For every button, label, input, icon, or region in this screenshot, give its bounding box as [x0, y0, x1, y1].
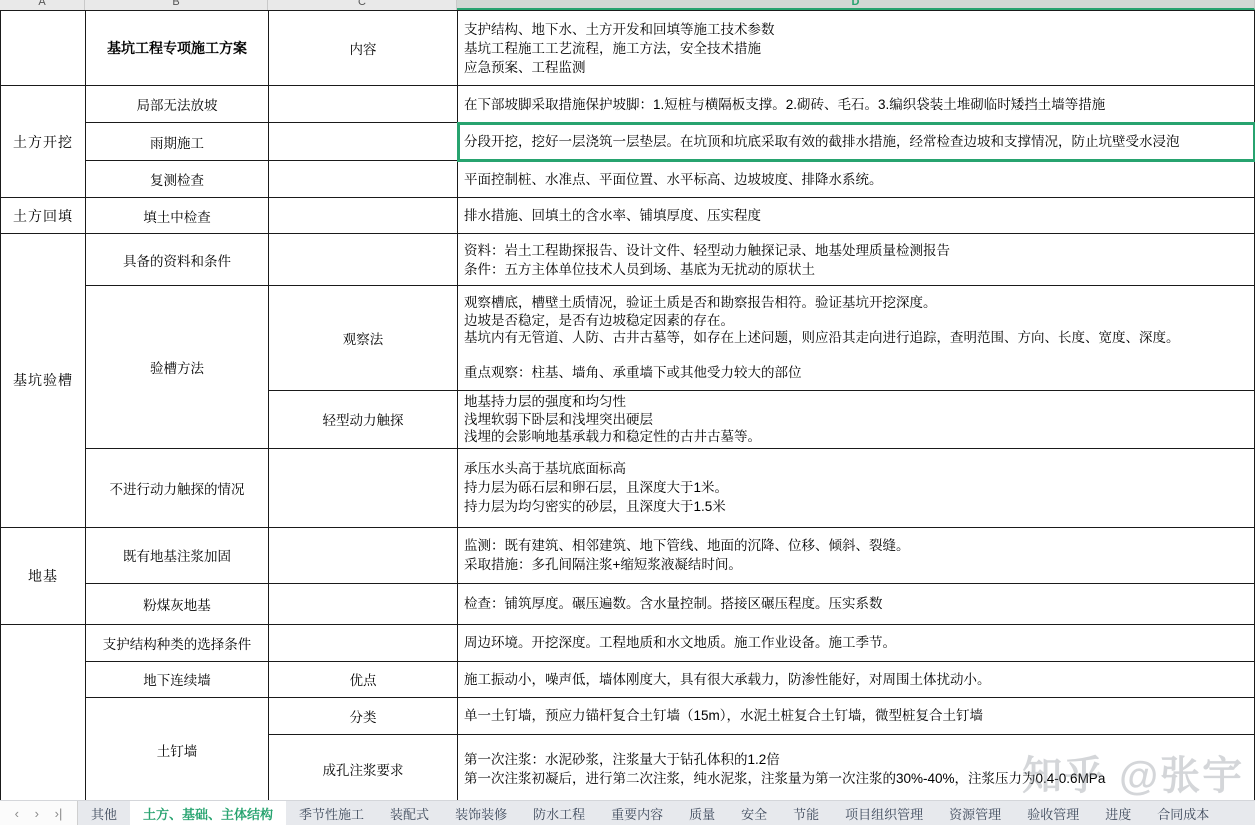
cell-C12-empty[interactable]	[269, 624, 458, 661]
cell-D5-fill-inspection-items[interactable]: 排水措施、回填土的含水率、铺填厚度、压实程度	[458, 198, 1255, 234]
column-header-strip: A B C D	[0, 0, 1255, 10]
cell-C2-empty[interactable]	[269, 86, 458, 123]
cell-C5-empty[interactable]	[269, 198, 458, 234]
category-cell-earth-backfill[interactable]: 土方回填	[1, 198, 86, 234]
cell-C14-classification[interactable]: 分类	[269, 697, 458, 734]
cell-D1-plan-content[interactable]: 支护结构、地下水、土方开发和回填等施工技术参数 基坑工程施工工艺流程，施工方法，…	[458, 11, 1255, 86]
cell-C13-advantages[interactable]: 优点	[269, 661, 458, 697]
cell-C11-empty[interactable]	[269, 583, 458, 624]
sheet-tab-4[interactable]: 装配式	[377, 801, 442, 825]
sheet-tab-7[interactable]: 重要内容	[598, 801, 676, 825]
cell-B10-grouting-reinforcement[interactable]: 既有地基注浆加固	[86, 527, 269, 583]
cell-B5-fill-inspection[interactable]: 填土中检查	[86, 198, 269, 234]
column-header-d-selected[interactable]: D	[457, 0, 1255, 10]
category-cell-pit-inspection[interactable]: 基坑验槽	[1, 234, 86, 528]
cell-C4-empty[interactable]	[269, 161, 458, 198]
tab-scroll-next-icon[interactable]: ›	[34, 807, 40, 820]
sheet-tab-nav: ‹››|	[0, 801, 78, 825]
cell-C15-grouting-requirements[interactable]: 成孔注浆要求	[269, 734, 458, 800]
sheet-tab-bar: ‹››| 其他土方、基础、主体结构季节性施工装配式装饰装修防水工程重要内容质量安…	[0, 800, 1255, 825]
cell-B9-no-penetration-cases[interactable]: 不进行动力触探的情况	[86, 448, 269, 527]
cell-C10-empty[interactable]	[269, 527, 458, 583]
category-cell-earth-excavation[interactable]: 土方开挖	[1, 86, 86, 198]
cell-D15-grouting-requirements-details[interactable]: 第一次注浆：水泥砂浆，注浆量大于钻孔体积的1.2倍 第一次注浆初凝后，进行第二次…	[458, 734, 1255, 800]
sheet-tab-11[interactable]: 项目组织管理	[832, 801, 936, 825]
category-cell-foundation[interactable]: 地基	[1, 527, 86, 624]
sheet-tab-14[interactable]: 进度	[1092, 801, 1144, 825]
cell-D2-slope-protection[interactable]: 在下部坡脚采取措施保护坡脚：1.短桩与横隔板支撑。2.砌砖、毛石。3.编织袋装土…	[458, 86, 1255, 123]
cell-C1-content-label[interactable]: 内容	[269, 11, 458, 86]
cell-B13-diaphragm-wall[interactable]: 地下连续墙	[86, 661, 269, 697]
tab-scroll-first-icon[interactable]: ‹	[14, 807, 20, 820]
cell-B3-rainy-season[interactable]: 雨期施工	[86, 123, 269, 161]
spreadsheet-window: A B C D 基坑工程专项施工方案 内容 支护结构、地下水、土方开发和回填等施…	[0, 0, 1255, 825]
sheet-tab-9[interactable]: 安全	[728, 801, 780, 825]
tab-scroll-last-icon[interactable]: ›|	[54, 807, 64, 820]
cell-B11-fly-ash-foundation[interactable]: 粉煤灰地基	[86, 583, 269, 624]
cell-C6-empty[interactable]	[269, 234, 458, 286]
cell-C7-observation-method[interactable]: 观察法	[269, 286, 458, 391]
cell-B14-soil-nail-wall[interactable]: 土钉墙	[86, 697, 269, 800]
cell-A1-empty[interactable]	[1, 11, 86, 86]
sheet-grid: 基坑工程专项施工方案 内容 支护结构、地下水、土方开发和回填等施工技术参数 基坑…	[0, 10, 1255, 800]
cell-B1-plan-title[interactable]: 基坑工程专项施工方案	[86, 11, 269, 86]
cell-C9-empty[interactable]	[269, 448, 458, 527]
sheet-tab-15[interactable]: 合同成本	[1144, 801, 1222, 825]
cell-D10-grouting-details[interactable]: 监测：既有建筑、相邻建筑、地下管线、地面的沉降、位移、倾斜、裂缝。 采取措施：多…	[458, 527, 1255, 583]
cell-B4-recheck[interactable]: 复测检查	[86, 161, 269, 198]
cell-B6-required-documents[interactable]: 具备的资料和条件	[86, 234, 269, 286]
cell-B7-inspection-methods[interactable]: 验槽方法	[86, 286, 269, 449]
cell-D14-classification-details[interactable]: 单一土钉墙，预应力锚杆复合土钉墙（15m），水泥土桩复合土钉墙，微型桩复合土钉墙	[458, 697, 1255, 734]
category-cell-empty-bottom[interactable]	[1, 624, 86, 800]
sheet-tab-12[interactable]: 资源管理	[936, 801, 1014, 825]
column-header-a[interactable]: A	[0, 0, 85, 10]
sheet-tab-2[interactable]: 土方、基础、主体结构	[130, 801, 286, 825]
sheet-tab-5[interactable]: 装饰装修	[442, 801, 520, 825]
cell-D4-recheck-items[interactable]: 平面控制桩、水准点、平面位置、水平标高、边坡坡度、排降水系统。	[458, 161, 1255, 198]
sheet-tab-6[interactable]: 防水工程	[520, 801, 598, 825]
cell-D12-selection-conditions[interactable]: 周边环境。开挖深度。工程地质和水文地质。施工作业设备。施工季节。	[458, 624, 1255, 661]
sheet-tab-13[interactable]: 验收管理	[1014, 801, 1092, 825]
cell-D9-no-penetration-details[interactable]: 承压水头高于基坑底面标高 持力层为砾石层和卵石层，且深度大于1米。 持力层为均匀…	[458, 448, 1255, 527]
cell-D13-advantages-details[interactable]: 施工振动小，噪声低，墙体刚度大，具有很大承载力，防渗性能好，对周围土体扰动小。	[458, 661, 1255, 697]
sheet-tab-1[interactable]: 其他	[78, 801, 130, 825]
sheet-tab-8[interactable]: 质量	[676, 801, 728, 825]
cell-C8-light-dynamic-penetration[interactable]: 轻型动力触探	[269, 391, 458, 449]
sheet-tabs: 其他土方、基础、主体结构季节性施工装配式装饰装修防水工程重要内容质量安全节能项目…	[78, 801, 1255, 825]
cell-D6-documents-conditions[interactable]: 资料：岩土工程勘探报告、设计文件、轻型动力触探记录、地基处理质量检测报告 条件：…	[458, 234, 1255, 286]
cell-B12-support-selection[interactable]: 支护结构种类的选择条件	[86, 624, 269, 661]
sheet-tab-3[interactable]: 季节性施工	[286, 801, 377, 825]
cell-B2-no-slope[interactable]: 局部无法放坡	[86, 86, 269, 123]
selected-cell-D3-rainy-season-measures[interactable]: 分段开挖，挖好一层浇筑一层垫层。在坑顶和坑底采取有效的截排水措施，经常检查边坡和…	[458, 123, 1255, 161]
cell-D8-penetration-details[interactable]: 地基持力层的强度和均匀性 浅埋软弱下卧层和浅埋突出硬层 浅埋的会影响地基承载力和…	[458, 391, 1255, 449]
sheet-tab-10[interactable]: 节能	[780, 801, 832, 825]
cell-D7-observation-details[interactable]: 观察槽底，槽壁土质情况，验证土质是否和勘察报告相符。验证基坑开挖深度。 边坡是否…	[458, 286, 1255, 391]
column-header-b[interactable]: B	[85, 0, 268, 10]
cell-D11-fly-ash-checks[interactable]: 检查：铺筑厚度。碾压遍数。含水量控制。搭接区碾压程度。压实系数	[458, 583, 1255, 624]
column-header-c[interactable]: C	[268, 0, 457, 10]
cell-C3-empty[interactable]	[269, 123, 458, 161]
